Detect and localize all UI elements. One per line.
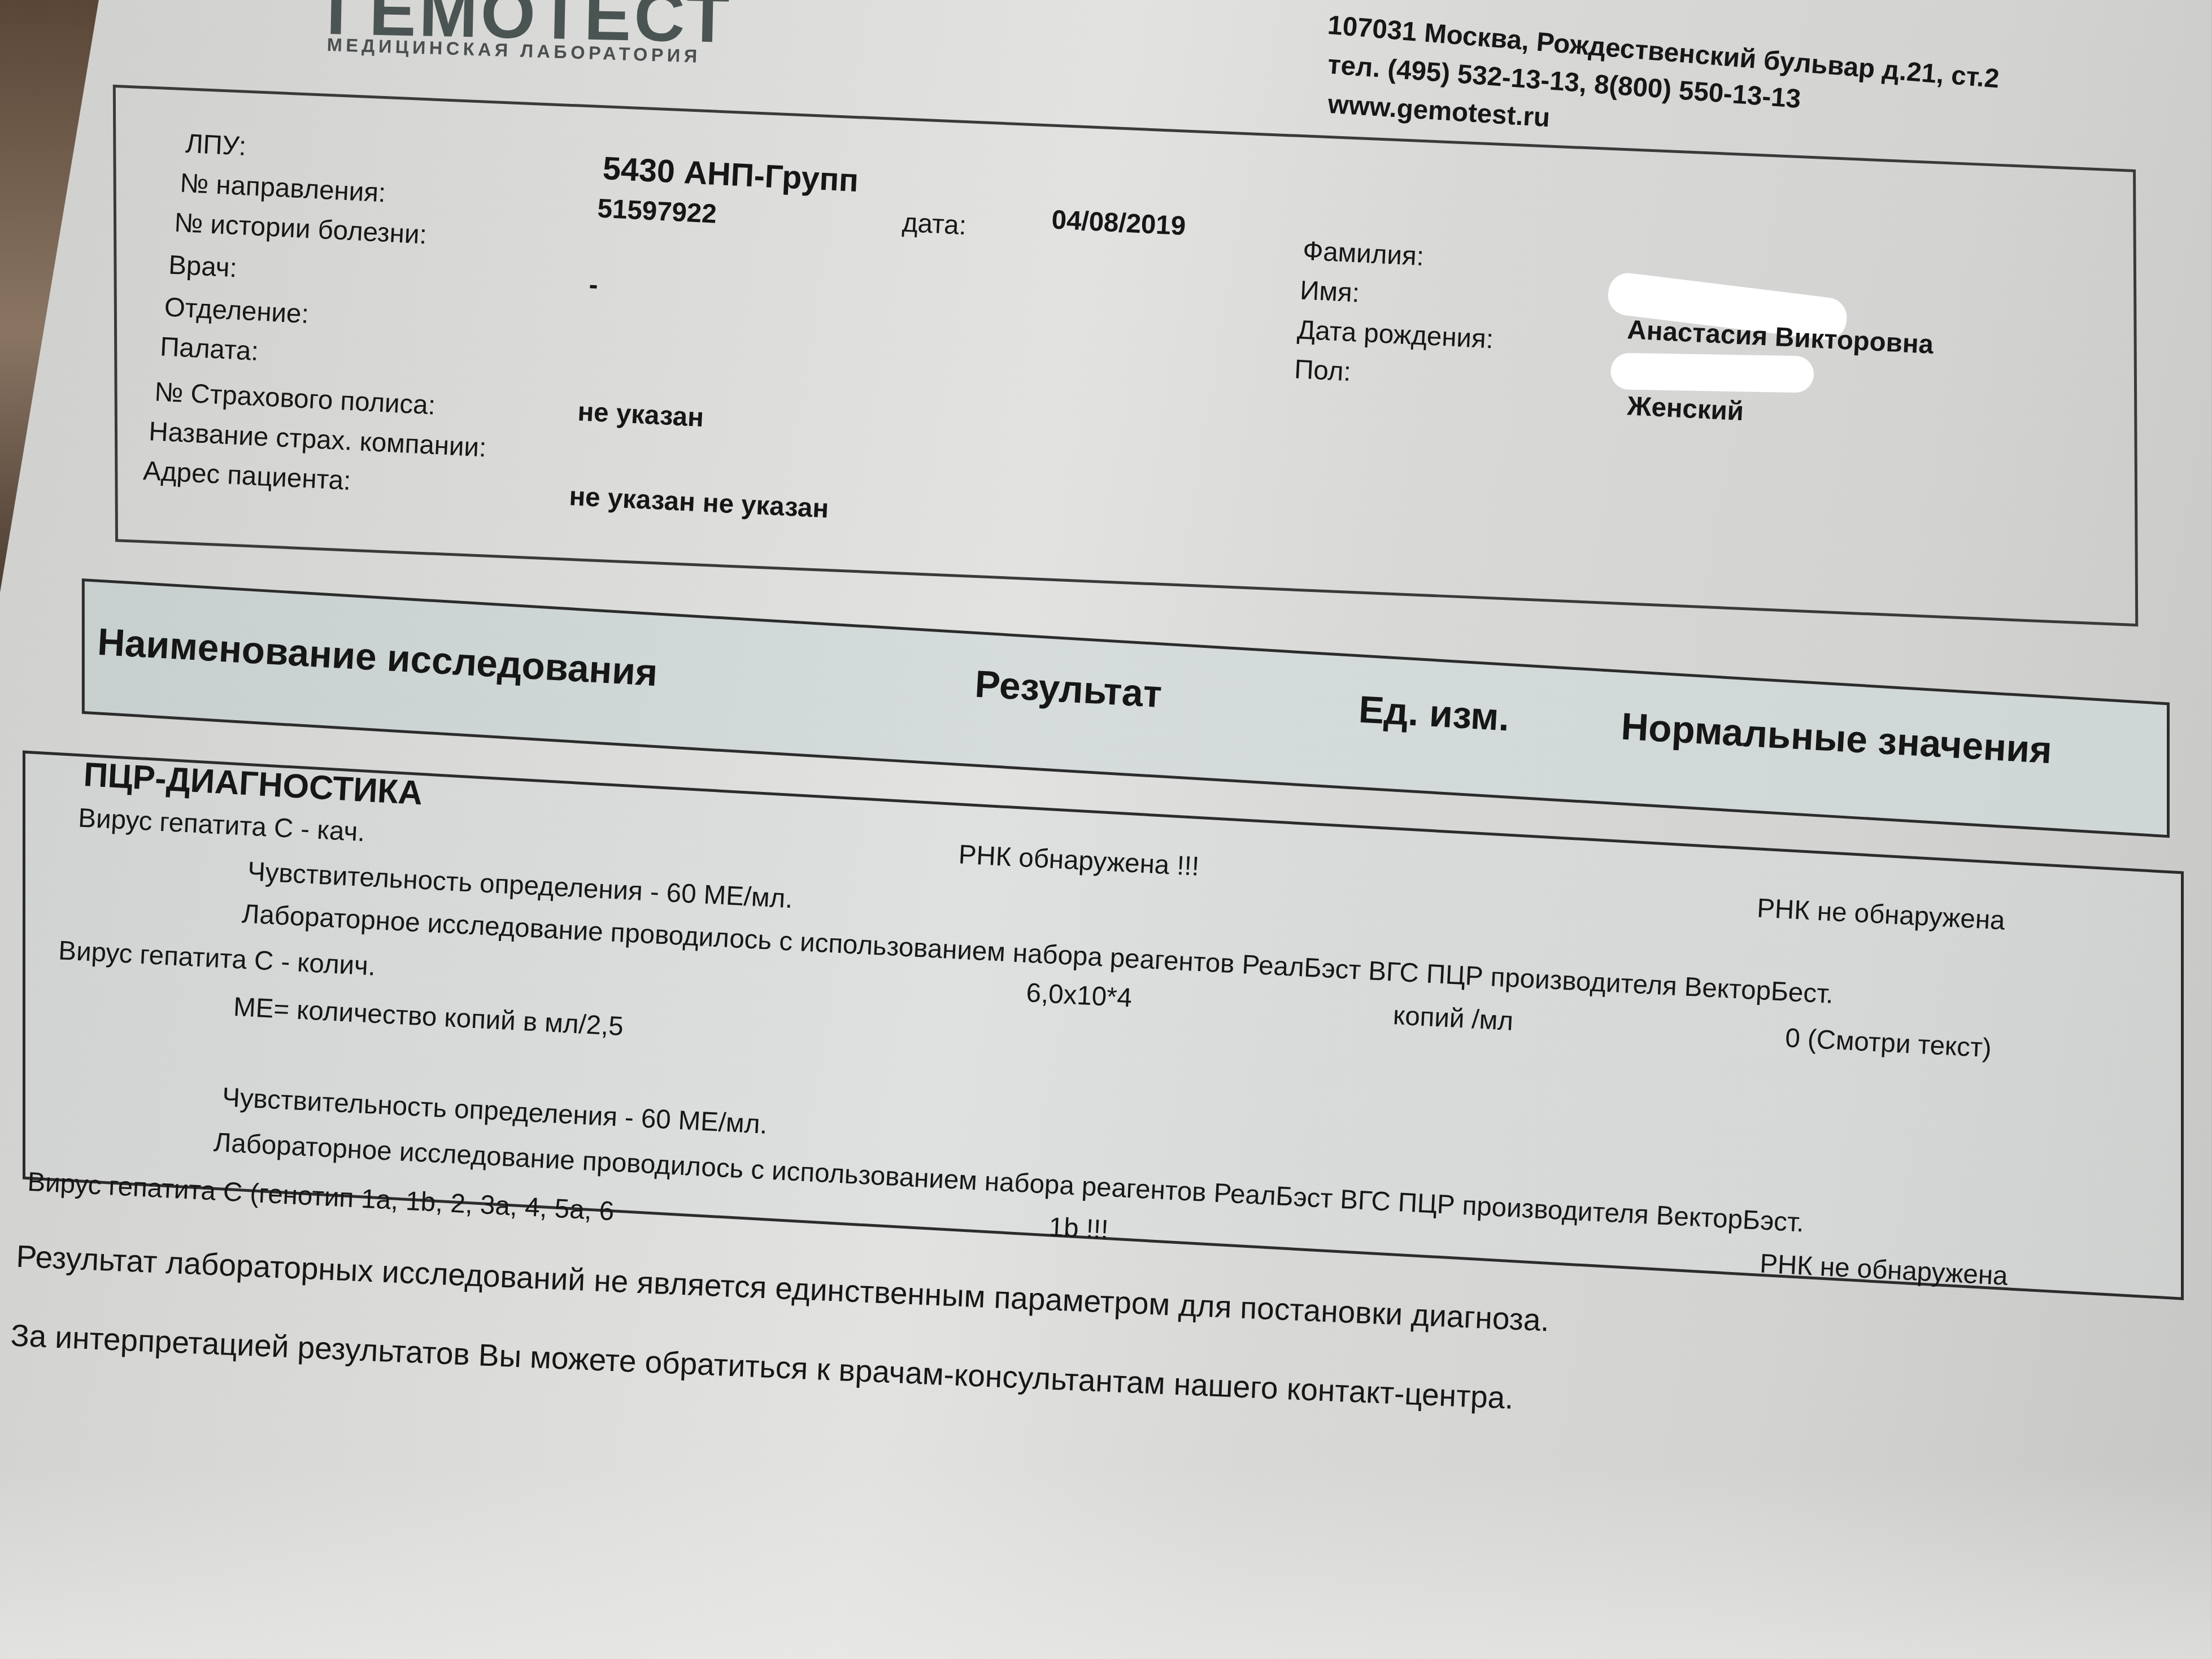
value-date: 04/08/2019	[1051, 206, 1186, 243]
label-surname: Фамилия:	[1302, 237, 1425, 274]
label-doctor: Врач:	[168, 251, 238, 286]
label-ward: Палата:	[159, 333, 259, 368]
value-insurance-policy: не указан	[577, 398, 704, 435]
photo-of-lab-report: ГЕМОТЕСТ МЕДИЦИНСКАЯ ЛАБОРАТОРИЯ 107031 …	[0, 0, 2212, 1658]
value-sex: Женский	[1626, 392, 1744, 429]
label-name: Имя:	[1299, 276, 1360, 310]
label-date: дата:	[902, 209, 967, 243]
unit-hcv-quant: копий /мл	[1392, 1002, 1514, 1039]
column-header-unit: Ед. изм.	[1357, 689, 1510, 741]
redacted-birthdate	[1610, 352, 1814, 393]
label-sex: Пол:	[1294, 355, 1352, 389]
result-hcv-quant: 6,0x10*4	[1025, 979, 1133, 1015]
paper-shadow	[0, 1467, 2212, 1658]
label-lpu: ЛПУ:	[185, 130, 247, 164]
value-referral-number: 51597922	[596, 195, 717, 232]
result-hcv-genotype: 1b !!!	[1048, 1213, 1109, 1247]
value-doctor: -	[588, 271, 598, 303]
